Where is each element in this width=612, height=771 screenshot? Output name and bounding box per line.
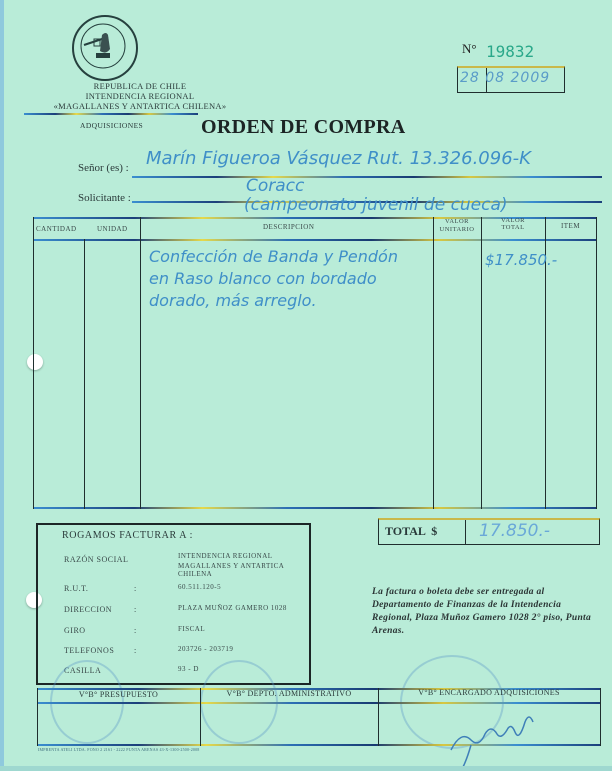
paper-edge [0,0,4,771]
row-descripcion-line2[interactable]: en Raso blanco con bordado [149,269,377,288]
solicitante-label: Solicitante : [78,192,131,204]
org-name-line1: REPUBLICA DE CHILE [40,81,240,91]
senor-underline [132,176,602,178]
col-header-valor-total-2: TOTAL [481,224,545,231]
col-header-descripcion: DESCRIPCION [263,223,314,231]
row-descripcion-line1[interactable]: Confección de Banda y Pendón [149,247,398,266]
items-table: CANTIDAD UNIDAD DESCRIPCION VALOR UNITAR… [33,217,597,509]
department-label: ADQUISICIONES [80,121,143,130]
signature-label-administrativo: V°B° DEPTO. ADMINISTRATIVO [200,689,378,698]
senor-value[interactable]: Marín Figueroa Vásquez Rut. 13.326.096-K [146,148,531,169]
billing-label-giro: GIRO [64,626,86,635]
signature-section: V°B° PRESUPUESTO V°B° DEPTO. ADMINISTRAT… [37,688,601,746]
scan-edge-bottom [0,766,612,771]
order-number-label: N° [462,41,477,57]
senor-label: Señor (es) : [78,162,129,174]
col-header-cantidad: CANTIDAD [36,225,77,233]
signature-label-adquisiciones: V°B° ENCARGADO ADQUISICIONES [378,688,600,697]
signature-scribble-icon [441,700,551,770]
solicitante-value[interactable]: Coracc [246,176,304,196]
signature-label-presupuesto: V°B° PRESUPUESTO [37,690,200,699]
billing-sep-rut: : [134,584,137,593]
col-header-item: ITEM [545,222,596,230]
billing-value-razon-social-2: MAGALLANES Y ANTARTICA CHILENA [178,562,309,578]
billing-value-casilla: 93 - D [178,665,199,673]
header-divider [24,113,198,115]
total-divider [465,520,466,544]
billing-label-razon-social: RAZÓN SOCIAL [64,555,128,564]
org-name-line2: INTENDENCIA REGIONAL [40,91,240,101]
printer-footer: IMPRENTA ATELI LTDA. FONO 2 2161 - 2222 … [38,747,200,752]
table-row: Confección de Banda y Pendón en Raso bla… [33,241,597,321]
org-name-line3: «MAGALLANES Y ANTARTICA CHILENA» [40,101,240,111]
billing-sep-giro: : [134,626,137,635]
billing-value-giro: FISCAL [178,625,205,633]
billing-value-rut: 60.511.120-5 [178,583,221,591]
billing-label-telefonos: TELEFONOS [64,646,114,655]
row-descripcion-line3[interactable]: dorado, más arreglo. [149,291,317,310]
page-title: ORDEN DE COMPRA [201,116,406,139]
col-header-valor-unitario-1: VALOR [433,218,481,225]
billing-heading: ROGAMOS FACTURAR A : [62,530,193,541]
billing-sep-telefonos: : [134,646,137,655]
col-header-valor-unitario-2: UNITARIO [433,226,481,233]
col-header-unidad: UNIDAD [97,225,128,233]
total-box: TOTAL $ 17.850.- [378,518,600,545]
billing-value-direccion: PLAZA MUÑOZ GAMERO 1028 [178,604,287,612]
regional-seal-icon [72,15,138,81]
table-bottom-border [33,507,597,509]
billing-value-razon-social: INTENDENCIA REGIONAL [178,552,273,560]
signature-right-border [600,688,601,746]
billing-label-rut: R.U.T. [64,584,88,593]
header: REPUBLICA DE CHILE INTENDENCIA REGIONAL … [40,10,240,130]
billing-sep-direccion: : [134,605,137,614]
row-valor-total[interactable]: $17.850.- [485,251,557,269]
delivery-notice: La factura o boleta debe ser entregada a… [372,586,600,638]
solicitante-note[interactable]: (campeonato juvenil de cueca) [244,195,508,215]
total-value[interactable]: 17.850.- [479,521,550,541]
billing-value-telefonos: 203726 - 203719 [178,645,233,653]
date-box: 28 08 2009 [457,66,565,93]
order-number: 19832 [486,42,534,61]
total-label: TOTAL $ [385,524,437,539]
billing-label-direccion: DIRECCION [64,605,112,614]
order-date: 28 08 2009 [460,70,550,86]
col-header-valor-total-1: VALOR [481,217,545,224]
